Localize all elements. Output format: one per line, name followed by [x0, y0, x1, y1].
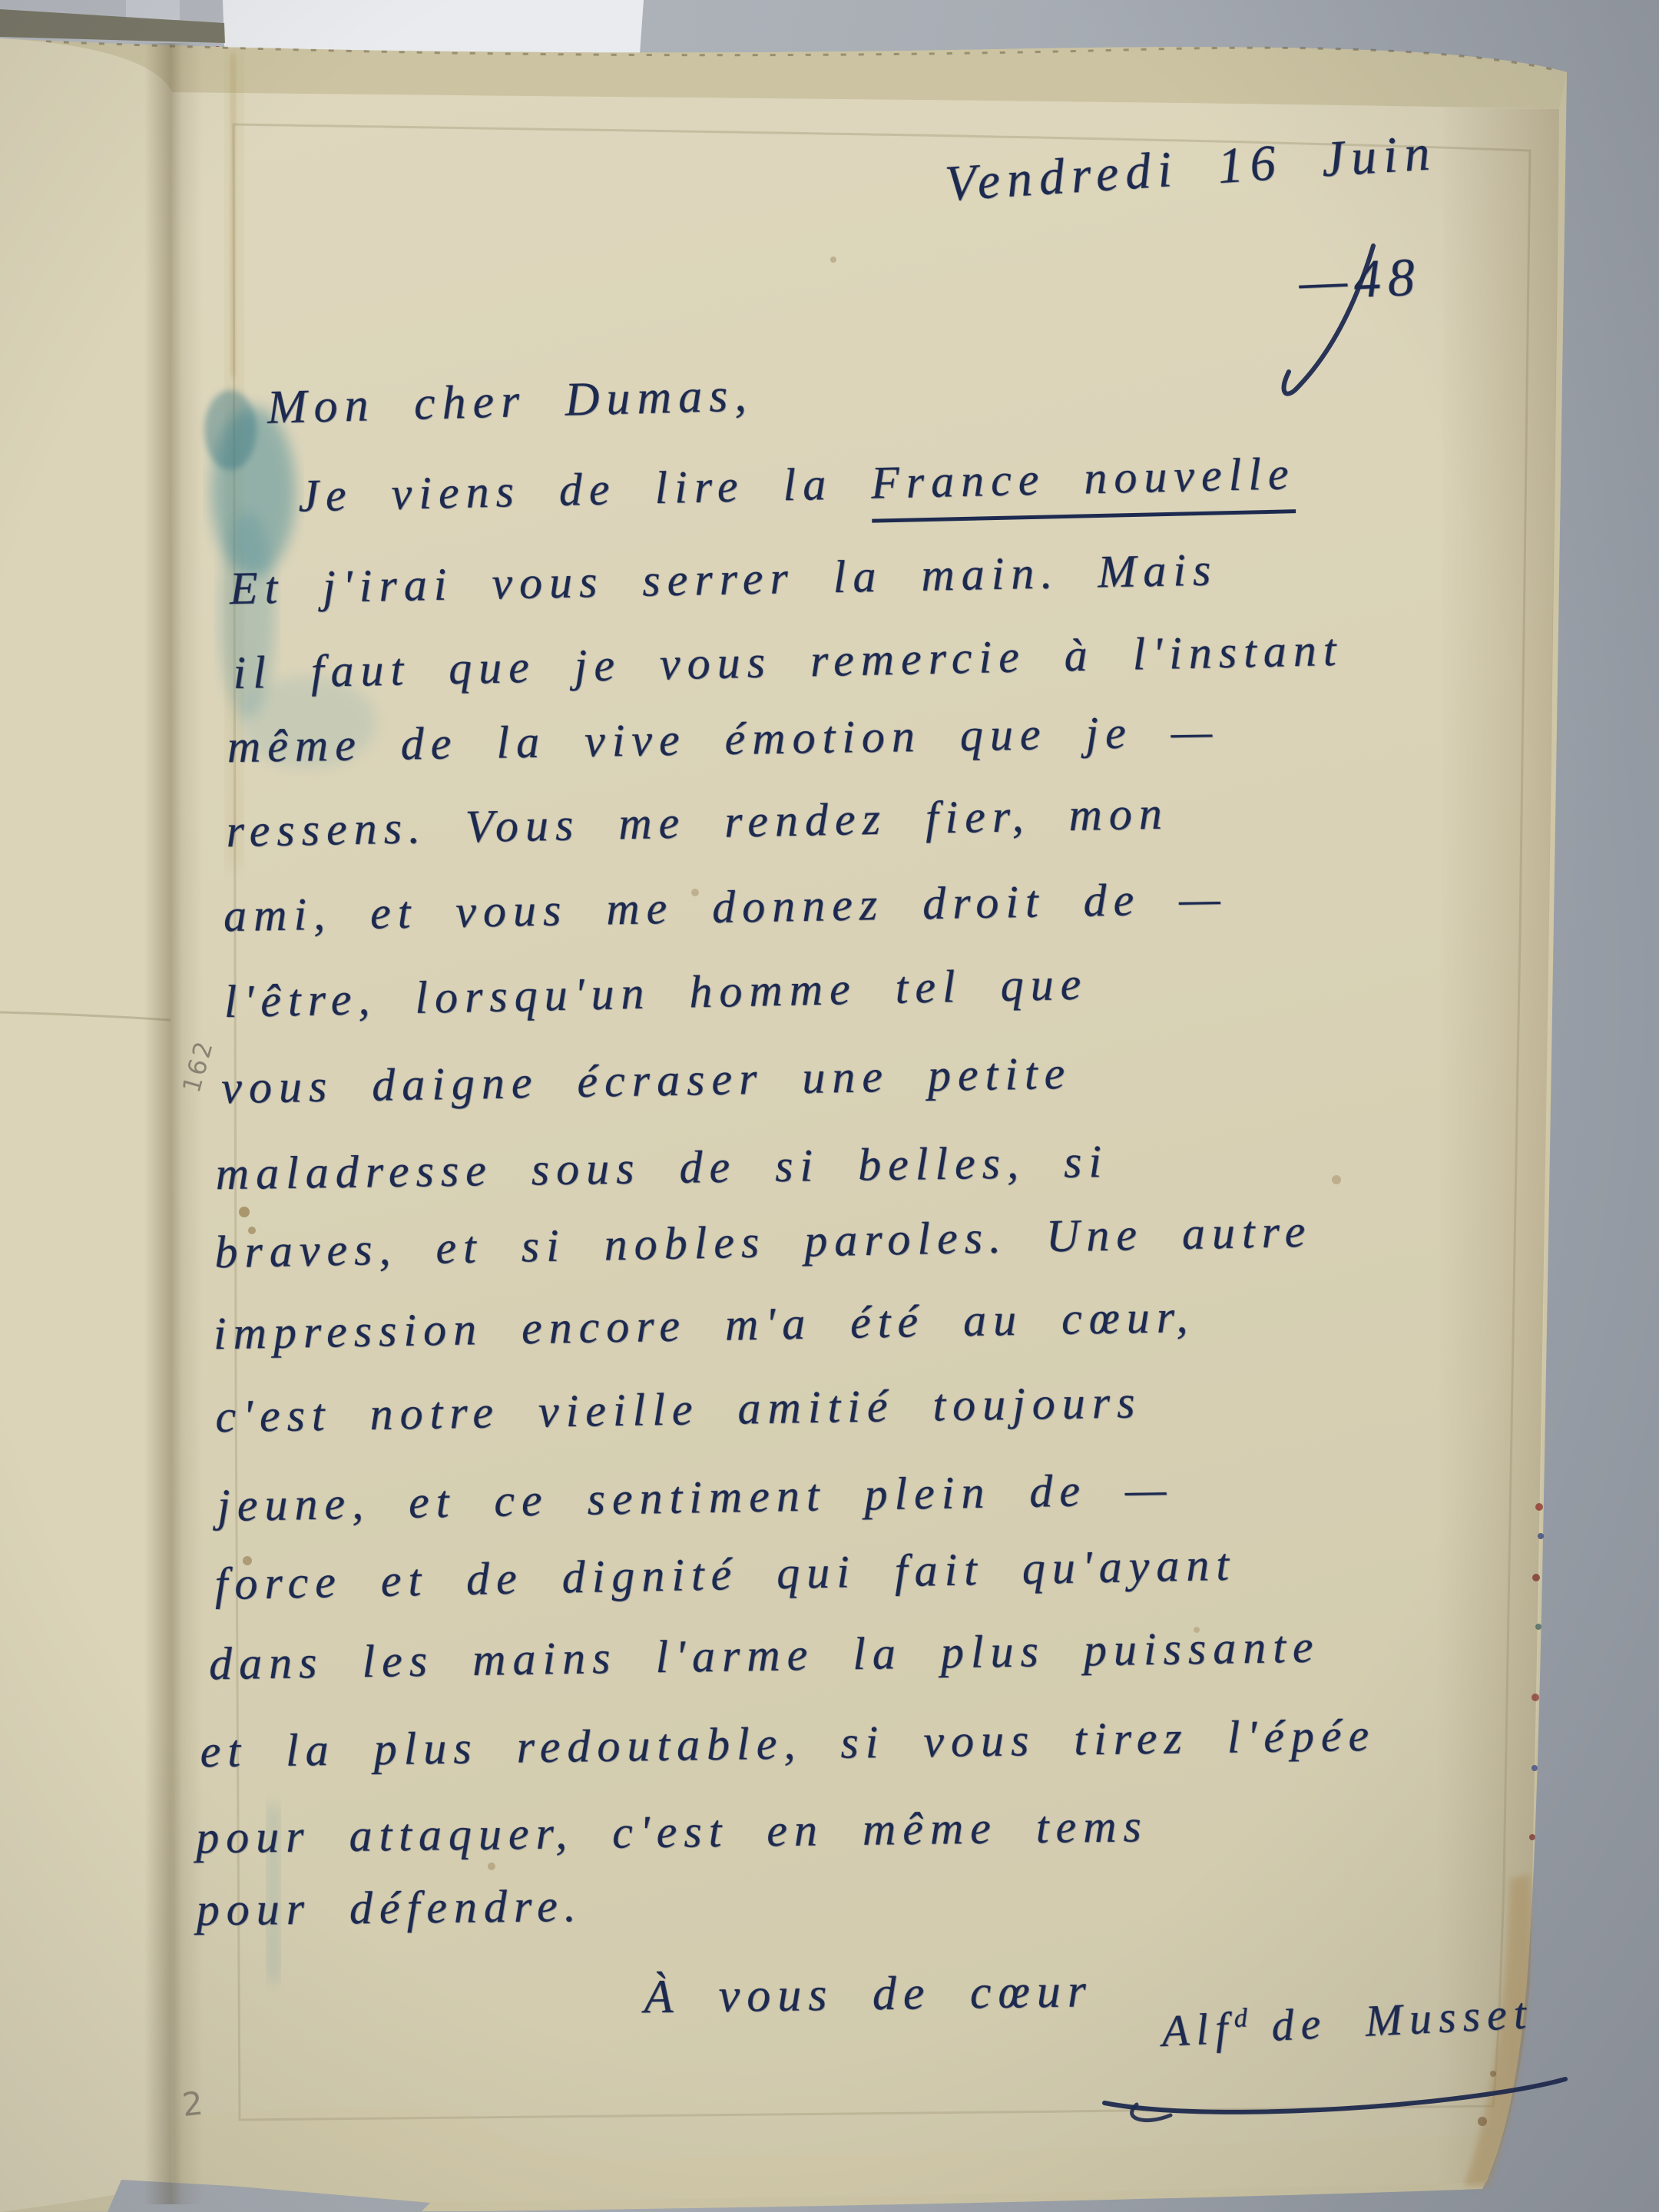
pencil-note-2: 2 — [180, 2084, 207, 2124]
body-line-10: braves, et si nobles paroles. Une autre — [214, 1208, 1313, 1275]
body-line-6: ami, et vous me donnez droit de — — [224, 875, 1228, 939]
body-line-14: force et de dignité qui fait qu'ayant — [214, 1541, 1236, 1608]
date-line-2: —48 — [1298, 250, 1422, 309]
closing: À vous de cœur — [644, 1967, 1093, 2021]
body-line-1-underlined: France nouvelle — [870, 448, 1296, 523]
signature-superscript-d: d — [1233, 2002, 1255, 2033]
body-line-9: maladresse sous de si belles, si — [215, 1138, 1108, 1197]
pencil-note-162: 162 — [177, 1036, 220, 1096]
body-line-11: impression encore m'a été au cœur, — [213, 1293, 1194, 1356]
body-line-1-plain: Je viens de lire la — [298, 458, 872, 522]
body-line-8: vous daigne écraser une petite — [221, 1050, 1072, 1111]
body-line-4: même de la vive émotion que je — — [227, 708, 1219, 770]
body-line-7: l'être, lorsqu'un homme tel que — [224, 961, 1088, 1025]
body-line-13: jeune, et ce sentiment plein de — — [217, 1465, 1174, 1528]
salutation: Mon cher Dumas, — [267, 371, 753, 432]
body-line-18: pour défendre. — [196, 1883, 583, 1932]
signature-rest: de Musset — [1270, 1988, 1534, 2051]
body-line-2: Et j'irai vous serrer la main. Mais — [229, 546, 1218, 611]
letter-text: Vendredi 16 Juin —48 Mon cher Dumas, Je … — [0, 0, 1659, 2212]
signature-alf: Alf — [1161, 2002, 1236, 2056]
body-line-17: pour attaquer, c'est en même tems — [196, 1803, 1148, 1860]
photograph-of-letter: Vendredi 16 Juin —48 Mon cher Dumas, Je … — [0, 0, 1659, 2212]
body-line-3: il faut que je vous remercie à l'instant — [233, 627, 1343, 696]
body-line-16: et la plus redoutable, si vous tirez l'é… — [200, 1712, 1376, 1774]
body-line-15: dans les mains l'arme la plus puissante — [209, 1624, 1320, 1687]
body-line-1: Je viens de lire la France nouvelle — [298, 450, 1296, 518]
body-line-5: ressens. Vous me rendez fier, mon — [226, 790, 1169, 855]
signature: Alfdde Musset — [1161, 1991, 1534, 2054]
body-line-12: c'est notre vieille amitié toujours — [215, 1379, 1142, 1439]
date-line-1: Vendredi 16 Juin — [944, 127, 1439, 210]
